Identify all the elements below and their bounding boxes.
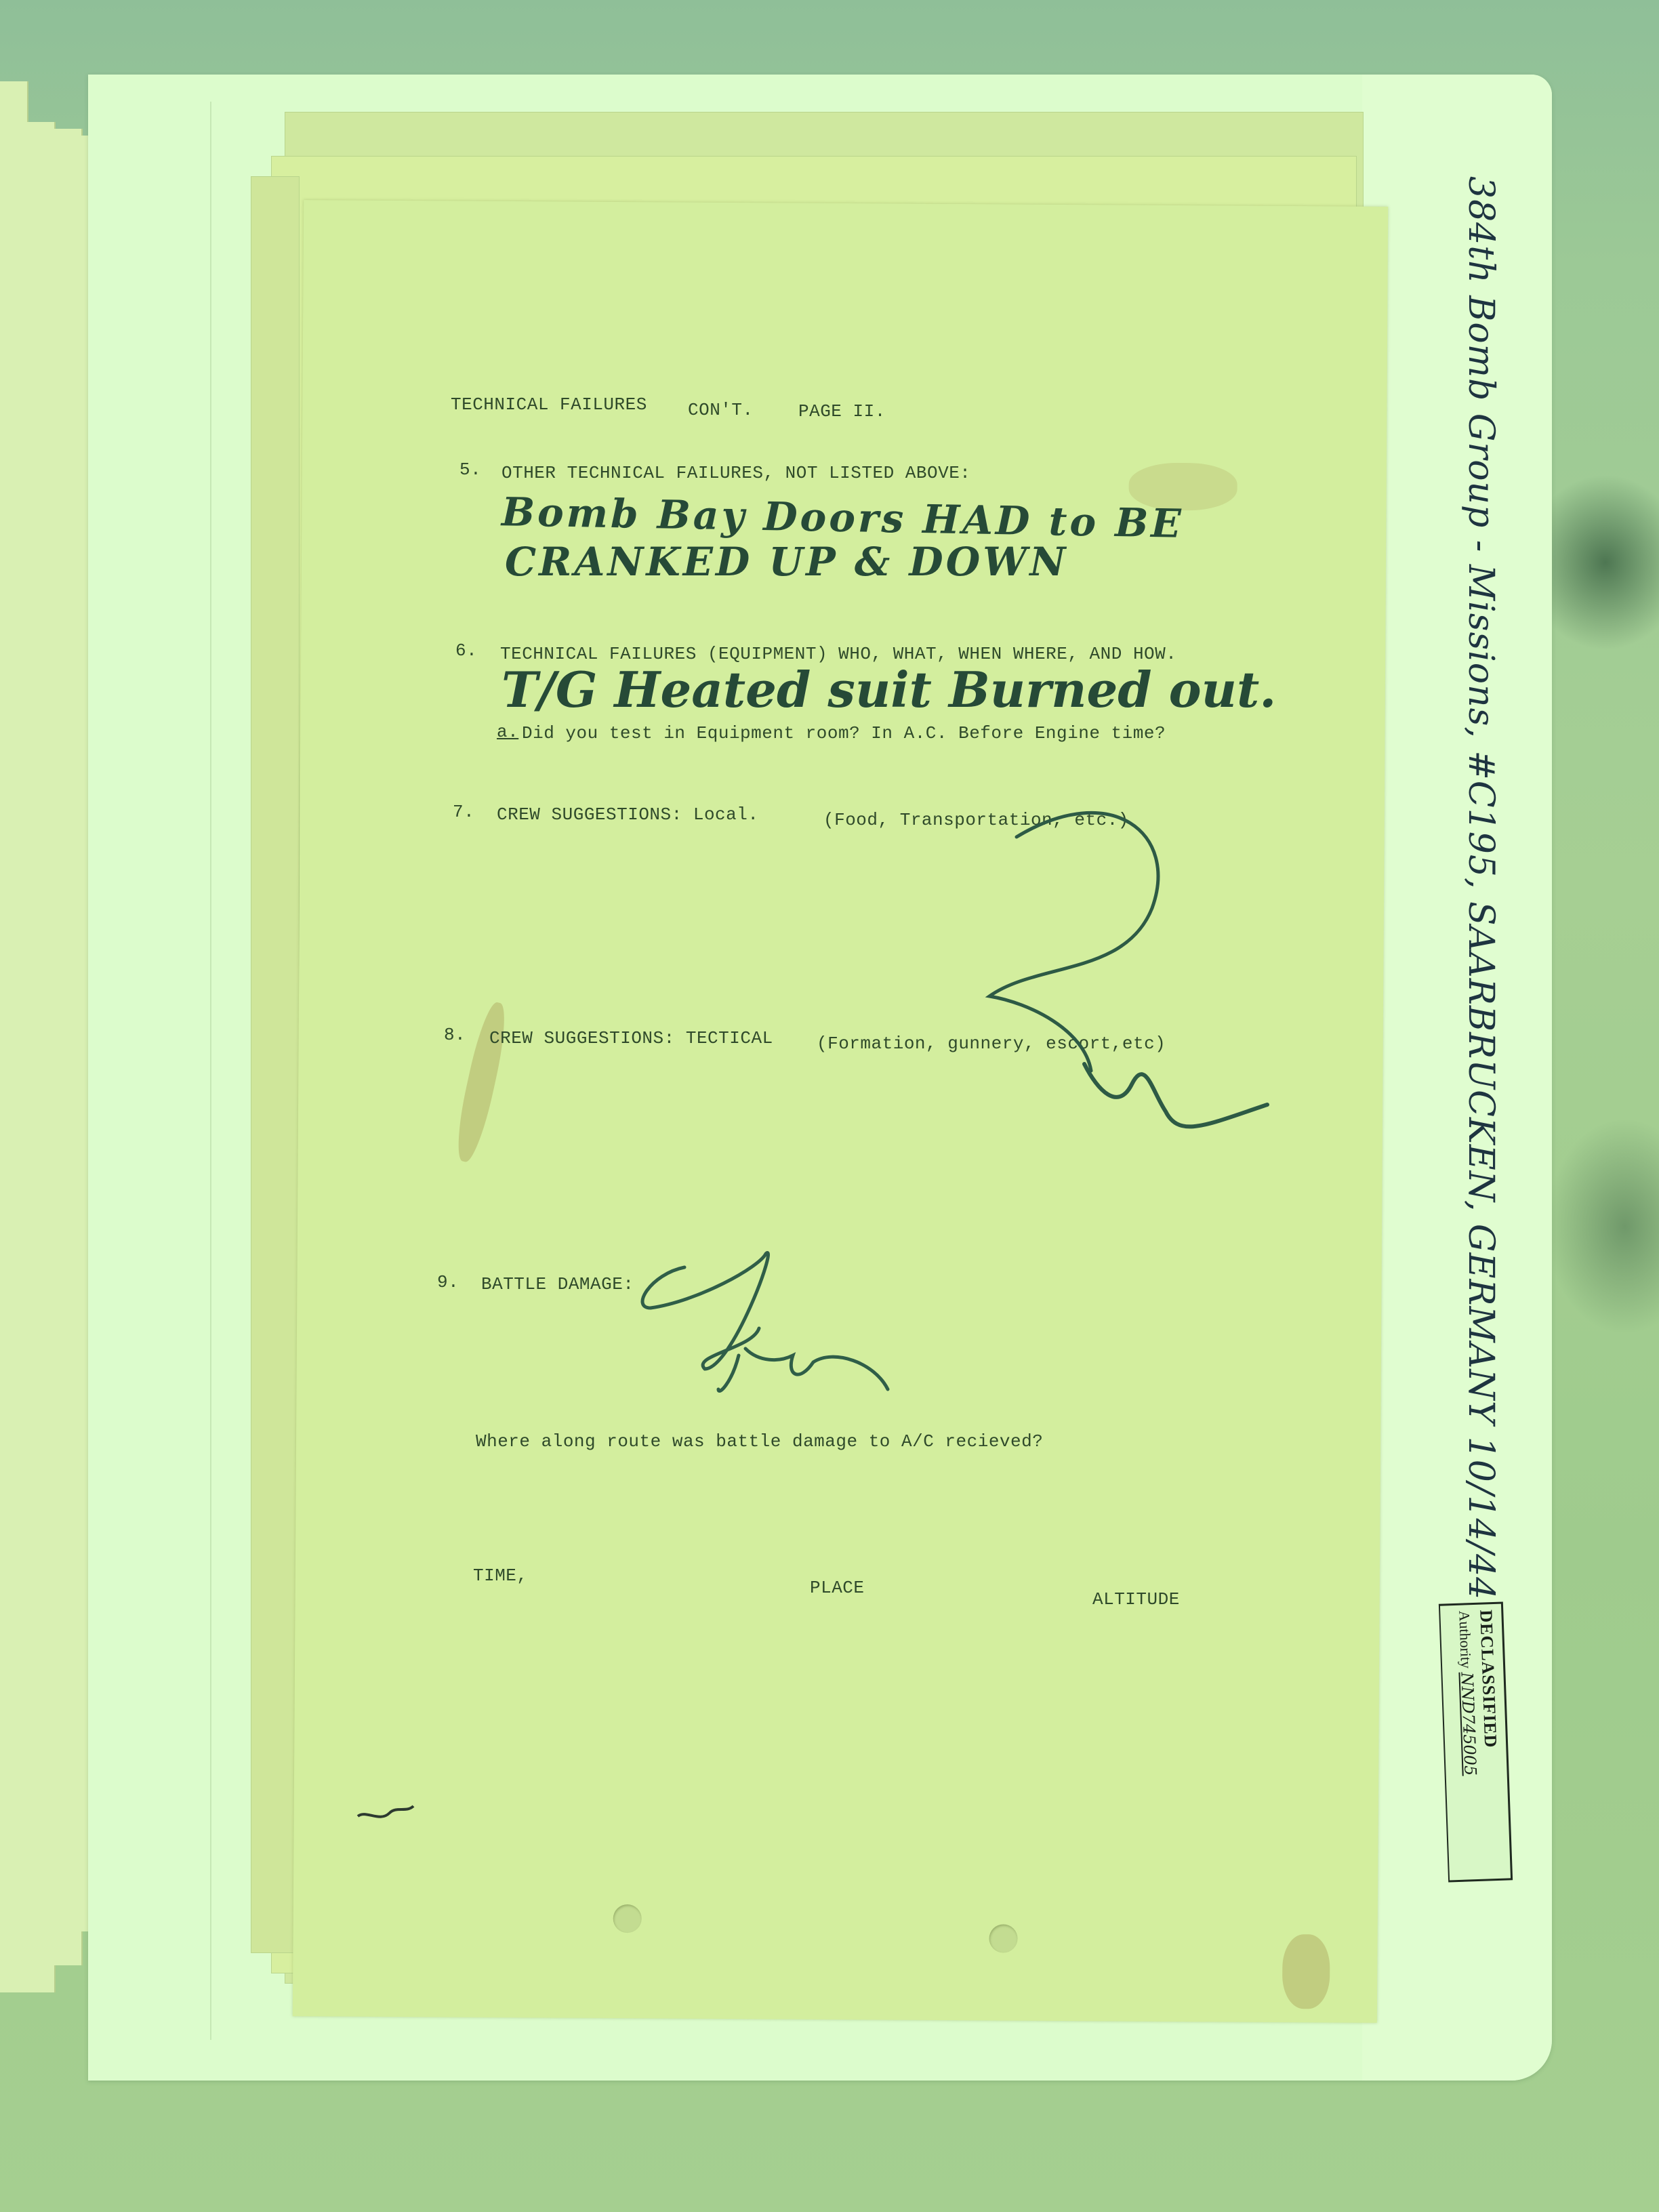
- item-6-sub-question: Did you test in Equipment room? In A.C. …: [522, 723, 1166, 743]
- item-8-label: CREW SUGGESTIONS: TECTICAL: [489, 1028, 773, 1048]
- item-7-hint: (Food, Transportation, etc.): [823, 810, 1129, 830]
- column-place: PLACE: [810, 1578, 865, 1598]
- item-8-number: 8.: [444, 1025, 466, 1045]
- folder-crease: [210, 102, 211, 2040]
- page-header-title: TECHNICAL FAILURES: [451, 394, 647, 415]
- item-5-number: 5.: [459, 459, 481, 480]
- item-7-number: 7.: [453, 802, 474, 822]
- folder-handwritten-label: 384th Bomb Group - Missions, #C195, SAAR…: [1460, 176, 1501, 1600]
- item-9-label: BATTLE DAMAGE:: [481, 1274, 634, 1294]
- under-page: [251, 176, 300, 1953]
- battle-damage-question: Where along route was battle damage to A…: [476, 1431, 1043, 1452]
- item-7-label: CREW SUGGESTIONS: Local.: [497, 804, 758, 825]
- background-shadow: [1545, 1118, 1659, 1335]
- item-8-hint: (Formation, gunnery, escort,etc): [817, 1033, 1166, 1054]
- stain: [1282, 1934, 1330, 2009]
- punch-hole: [989, 1924, 1017, 1952]
- item-6-sub-prefix: a.: [497, 722, 518, 742]
- punch-hole: [613, 1904, 642, 1933]
- authority-label: Authority: [1456, 1610, 1475, 1668]
- page-header-page-number: PAGE II.: [798, 401, 886, 422]
- item-6-number: 6.: [455, 640, 477, 661]
- page-header-continued: CON'T.: [688, 400, 754, 420]
- item-5-handwritten-line2: CRANKED UP & DOWN: [505, 539, 1068, 585]
- item-5-label: OTHER TECHNICAL FAILURES, NOT LISTED ABO…: [501, 463, 970, 483]
- declassified-stamp: DECLASSIFIED Authority NND745005: [1439, 1601, 1513, 1882]
- column-time: TIME,: [473, 1565, 528, 1586]
- authority-number: NND745005: [1457, 1672, 1479, 1776]
- item-9-number: 9.: [437, 1272, 459, 1292]
- column-altitude: ALTITUDE: [1092, 1589, 1180, 1610]
- item-6-handwritten: T/G Heated suit Burned out.: [501, 661, 1276, 718]
